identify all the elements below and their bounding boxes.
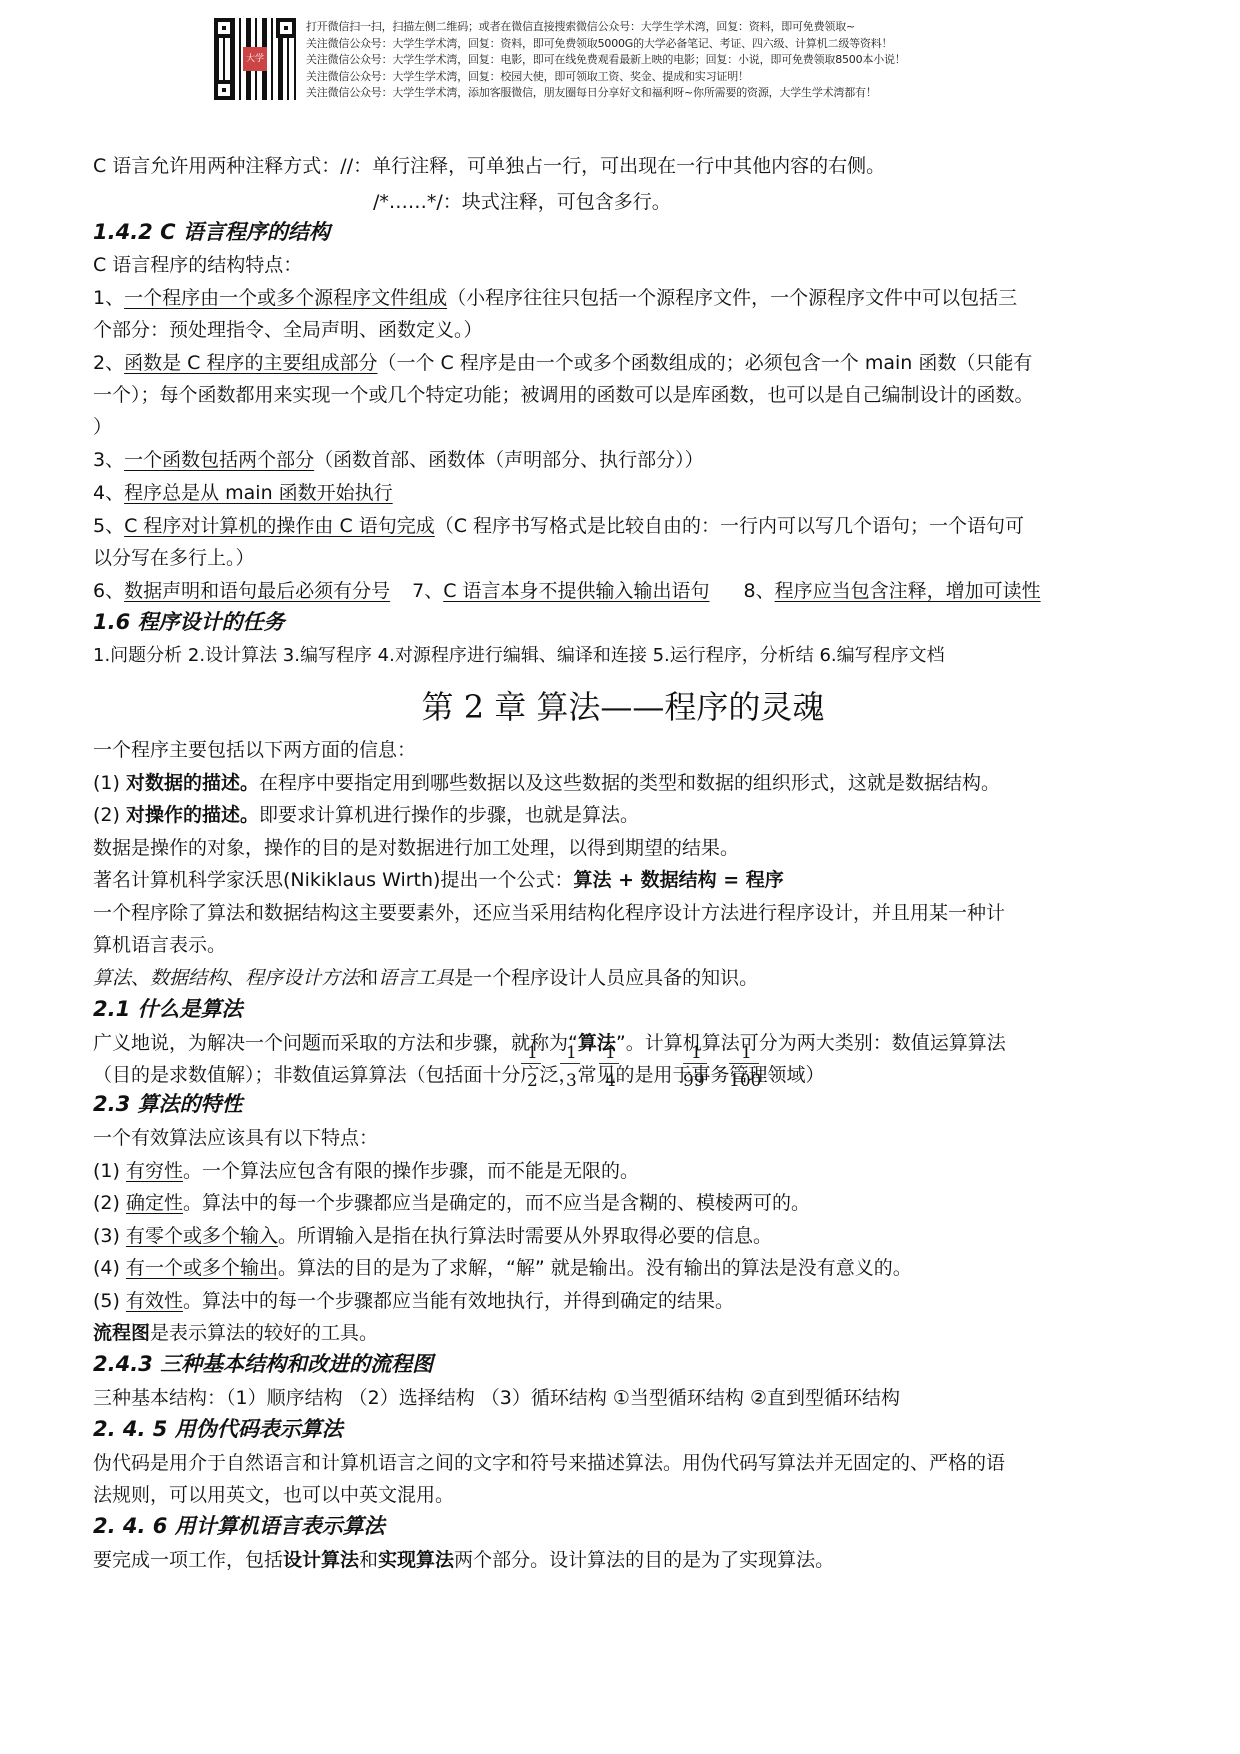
term: 程序设计方法 [245,967,359,989]
item-number: (2) [93,1192,126,1214]
properties-intro: 一个有效算法应该具有以下特点： [93,1126,378,1150]
structure-item-5-cont: 以分写在多行上。） [93,546,255,570]
banner-line: 关注微信公众号：大学生学术湾，回复：资料，即可免费领取5000G的大学必备笔记、… [306,36,906,53]
banner-line: 关注微信公众号：大学生学术湾，回复：电影，即可在线免费观看最新上映的电影；回复：… [306,52,906,69]
qr-finder-bottom-left [214,80,234,100]
fraction-bar [521,1063,541,1064]
numerator: 1 [527,1043,538,1063]
numerator: 1 [691,1043,702,1063]
structure-item-1: 1、一个程序由一个或多个源程序文件组成（小程序往往只包括一个源程序文件，一个源程… [93,286,1017,310]
structure-item-5: 5、C 程序对计算机的操作由 C 语句完成（C 程序书写格式是比较自由的：一行内… [93,514,1024,538]
qr-code: 大学 [214,18,296,100]
property-item: (1) 有穷性。一个算法应包含有限的操作步骤，而不能是无限的。 [93,1159,639,1183]
banner-line: 打开微信扫一扫，扫描左侧二维码；或者在微信直接搜索微信公众号：大学生学术湾，回复… [306,19,906,36]
formula-intro: 著名计算机科学家沃思(Nikiklaus Wirth)提出一个公式： [93,869,573,891]
separator: 和 [359,967,378,989]
item-key-point: 数据声明和语句最后必须有分号 [124,580,390,602]
item-number: 1、 [93,287,124,309]
property-item: (4) 有一个或多个输出。算法的目的是为了求解，“解” 就是输出。没有输出的算法… [93,1256,912,1280]
item-detail: （函数首部、函数体（声明部分、执行部分）） [314,449,704,471]
item-detail: 在程序中要指定用到哪些数据以及这些数据的类型和数据的组织形式，这就是数据结构。 [259,772,1000,794]
definition-text: ”。计算机算法可分为两大类别：数值运算算法 [616,1032,1006,1054]
term: 算法 [93,967,131,989]
item-number: 6、 [93,580,124,602]
fraction-bar [599,1063,619,1064]
item-key-point: C 语言本身不提供输入输出语句 [443,580,709,602]
wirth-formula-line: 著名计算机科学家沃思(Nikiklaus Wirth)提出一个公式：算法 + 数… [93,868,784,892]
impl-text: 和 [359,1549,378,1571]
property-name: 有一个或多个输出 [126,1257,278,1279]
property-desc: 。算法的目的是为了求解，“解” 就是输出。没有输出的算法是没有意义的。 [278,1257,912,1279]
item-detail: （C 程序书写格式是比较自由的：一行内可以写几个语句；一个语句可 [435,515,1024,537]
property-name: 有效性 [126,1290,183,1312]
fraction-bar [560,1063,580,1064]
item-detail: （小程序往往只包括一个源程序文件，一个源程序文件中可以包括三 [447,287,1017,309]
program-elements-text: 一个程序除了算法和数据结构这主要要素外，还应当采用结构化程序设计方法进行程序设计… [93,901,1005,925]
property-desc: 。所谓输入是指在执行算法时需要从外界取得必要的信息。 [278,1225,772,1247]
formula: 算法 + 数据结构 = 程序 [573,869,783,891]
item-key-point: 函数是 C 程序的主要组成部分 [124,352,377,374]
chapter-intro: 一个程序主要包括以下两方面的信息： [93,738,416,762]
item-detail: 即要求计算机进行操作的步骤，也就是算法。 [259,804,639,826]
structure-item-2: 2、函数是 C 程序的主要组成部分（一个 C 程序是由一个或多个函数组成的；必须… [93,351,1032,375]
promo-banner: 大学 打开微信扫一扫，扫描左侧二维码；或者在微信直接搜索微信公众号：大学生学术湾… [214,18,934,104]
qr-logo: 大学 [243,47,267,71]
term: 语言工具 [378,967,454,989]
item-key-point: C 程序对计算机的操作由 C 语句完成 [124,515,435,537]
numerator: 1 [566,1043,577,1063]
item-bold: 对数据的描述。 [126,772,259,794]
impl-text: 两个部分。设计算法的目的是为了实现算法。 [454,1549,834,1571]
pseudocode-text-cont: 法规则，可以用英文，也可以中英文混用。 [93,1483,454,1507]
knowledge-rest: 是一个程序设计人员应具备的知识。 [454,967,758,989]
item-number: 4、 [93,482,124,504]
item-number: (5) [93,1290,126,1312]
structure-intro: C 语言程序的结构特点： [93,253,302,277]
structure-item-2-cont2: ） [93,415,112,439]
item-number: 2、 [93,352,124,374]
algorithm-definition: 广义地说，为解决一个问题而采取的方法和步骤，就称为“算法”。计算机算法可分为两大… [93,1031,1006,1055]
structure-item-4: 4、程序总是从 main 函数开始执行 [93,481,393,505]
structure-item-1-cont: 个部分：预处理指令、全局声明、函数定义。） [93,318,483,342]
section-heading-2-3: 2.3 算法的特性 [93,1092,243,1116]
item-number: 7、 [412,580,443,602]
denominator: 2 [527,1071,538,1091]
property-item: (3) 有零个或多个输入。所谓输入是指在执行算法时需要从外界取得必要的信息。 [93,1224,772,1248]
section-heading-1-6: 1.6 程序设计的任务 [93,610,285,634]
denominator: 99 [683,1071,705,1091]
fraction-bar [683,1063,707,1064]
flowchart-note: 流程图是表示算法的较好的工具。 [93,1321,378,1345]
qr-finder-top-right [276,18,296,38]
banner-text: 打开微信扫一扫，扫描左侧二维码；或者在微信直接搜索微信公众号：大学生学术湾，回复… [306,19,906,102]
impl-term: 设计算法 [283,1549,359,1571]
impl-term: 实现算法 [378,1549,454,1571]
task-list: 1.问题分析 2.设计算法 3.编写程序 4.对源程序进行编辑、编译和连接 5.… [93,644,945,668]
property-name: 确定性 [126,1192,183,1214]
item-key-point: 一个函数包括两个部分 [124,449,314,471]
section-heading-2-4-6: 2. 4. 6 用计算机语言表示算法 [93,1514,385,1538]
separator: 、 [131,967,150,989]
term: 数据结构 [150,967,226,989]
impl-text: 要完成一项工作，包括 [93,1549,283,1571]
denominator: 100 [729,1071,761,1091]
program-elements-cont: 算机语言表示。 [93,933,226,957]
implementation-text: 要完成一项工作，包括设计算法和实现算法两个部分。设计算法的目的是为了实现算法。 [93,1548,834,1572]
item-number: 8、 [744,580,775,602]
algorithm-categories: （目的是求数值解）；非数值运算算法（包括面十分广泛，常见的是用于事务管理领域） [93,1063,825,1087]
structure-item-3: 3、一个函数包括两个部分（函数首部、函数体（声明部分、执行部分）） [93,448,704,472]
item-number: 5、 [93,515,124,537]
denominator: 3 [566,1071,577,1091]
item-number: (2) [93,804,126,826]
property-item: (5) 有效性。算法中的每一个步骤都应当能有效地执行，并得到确定的结果。 [93,1289,734,1313]
item-number: (4) [93,1257,126,1279]
property-name: 有穷性 [126,1160,183,1182]
numerator: 1 [605,1043,616,1063]
pseudocode-text: 伪代码是用介于自然语言和计算机语言之间的文字和符号来描述算法。用伪代码写算法并无… [93,1451,1005,1475]
definition-text: 广义地说，为解决一个问题而采取的方法和步骤，就称为“ [93,1032,578,1054]
item-detail: （一个 C 程序是由一个或多个函数组成的；必须包含一个 main 函数（只能有 [377,352,1032,374]
separator: 、 [226,967,245,989]
item-key-point: 程序总是从 main 函数开始执行 [124,482,393,504]
info-item-2: (2) 对操作的描述。即要求计算机进行操作的步骤，也就是算法。 [93,803,639,827]
flowchart-desc: 是表示算法的较好的工具。 [150,1322,378,1344]
denominator: 4 [605,1071,616,1091]
section-heading-2-4-3: 2.4.3 三种基本结构和改进的流程图 [93,1352,433,1376]
banner-line: 关注微信公众号：大学生学术湾，添加客服微信，朋友圈每日分享好文和福利呀~你所需要… [306,85,906,102]
item-number: (1) [93,1160,126,1182]
data-object-text: 数据是操作的对象，操作的目的是对数据进行加工处理，以得到期望的结果。 [93,836,739,860]
property-desc: 。算法中的每一个步骤都应当能有效地执行，并得到确定的结果。 [183,1290,734,1312]
property-desc: 。算法中的每一个步骤都应当是确定的，而不应当是含糊的、模棱两可的。 [183,1192,810,1214]
structure-item-2-cont: 一个）；每个函数都用来实现一个或几个特定功能；被调用的函数可以是库函数，也可以是… [93,383,1034,407]
item-number: 3、 [93,449,124,471]
section-heading-1-4-2: 1.4.2 C 语言程序的结构 [93,220,330,244]
section-heading-2-4-5: 2. 4. 5 用伪代码表示算法 [93,1417,343,1441]
banner-line: 关注微信公众号：大学生学术湾，回复：校园大使，即可领取工资、奖金、提成和实习证明… [306,69,906,86]
knowledge-line: 算法、数据结构、程序设计方法和语言工具是一个程序设计人员应具备的知识。 [93,966,758,990]
item-key-point: 程序应当包含注释，增加可读性 [775,580,1041,602]
section-heading-2-1: 2.1 什么是算法 [93,997,243,1021]
info-item-1: (1) 对数据的描述。在程序中要指定用到哪些数据以及这些数据的类型和数据的组织形… [93,771,1000,795]
item-bold: 对操作的描述。 [126,804,259,826]
item-number: (3) [93,1225,126,1247]
property-name: 有零个或多个输入 [126,1225,278,1247]
structure-items-6-8: 6、数据声明和语句最后必须有分号7、C 语言本身不提供输入输出语句8、程序应当包… [93,579,1041,603]
fraction-bar [729,1063,759,1064]
property-item: (2) 确定性。算法中的每一个步骤都应当是确定的，而不应当是含糊的、模棱两可的。 [93,1191,810,1215]
flowchart-term: 流程图 [93,1322,150,1344]
item-number: (1) [93,772,126,794]
basic-structures: 三种基本结构：（1）顺序结构 （2）选择结构 （3）循环结构 ①当型循环结构 ②… [93,1386,900,1410]
chapter-title: 第 2 章 算法——程序的灵魂 [93,682,1153,728]
item-key-point: 一个程序由一个或多个源程序文件组成 [124,287,447,309]
comment-line-1: C 语言允许用两种注释方式：//：单行注释，可单独占一行，可出现在一行中其他内容… [93,154,885,178]
property-desc: 。一个算法应包含有限的操作步骤，而不能是无限的。 [183,1160,639,1182]
numerator: 1 [741,1043,752,1063]
qr-finder-top-left [214,18,234,38]
comment-line-2: /*……*/：块式注释，可包含多行。 [373,190,671,214]
